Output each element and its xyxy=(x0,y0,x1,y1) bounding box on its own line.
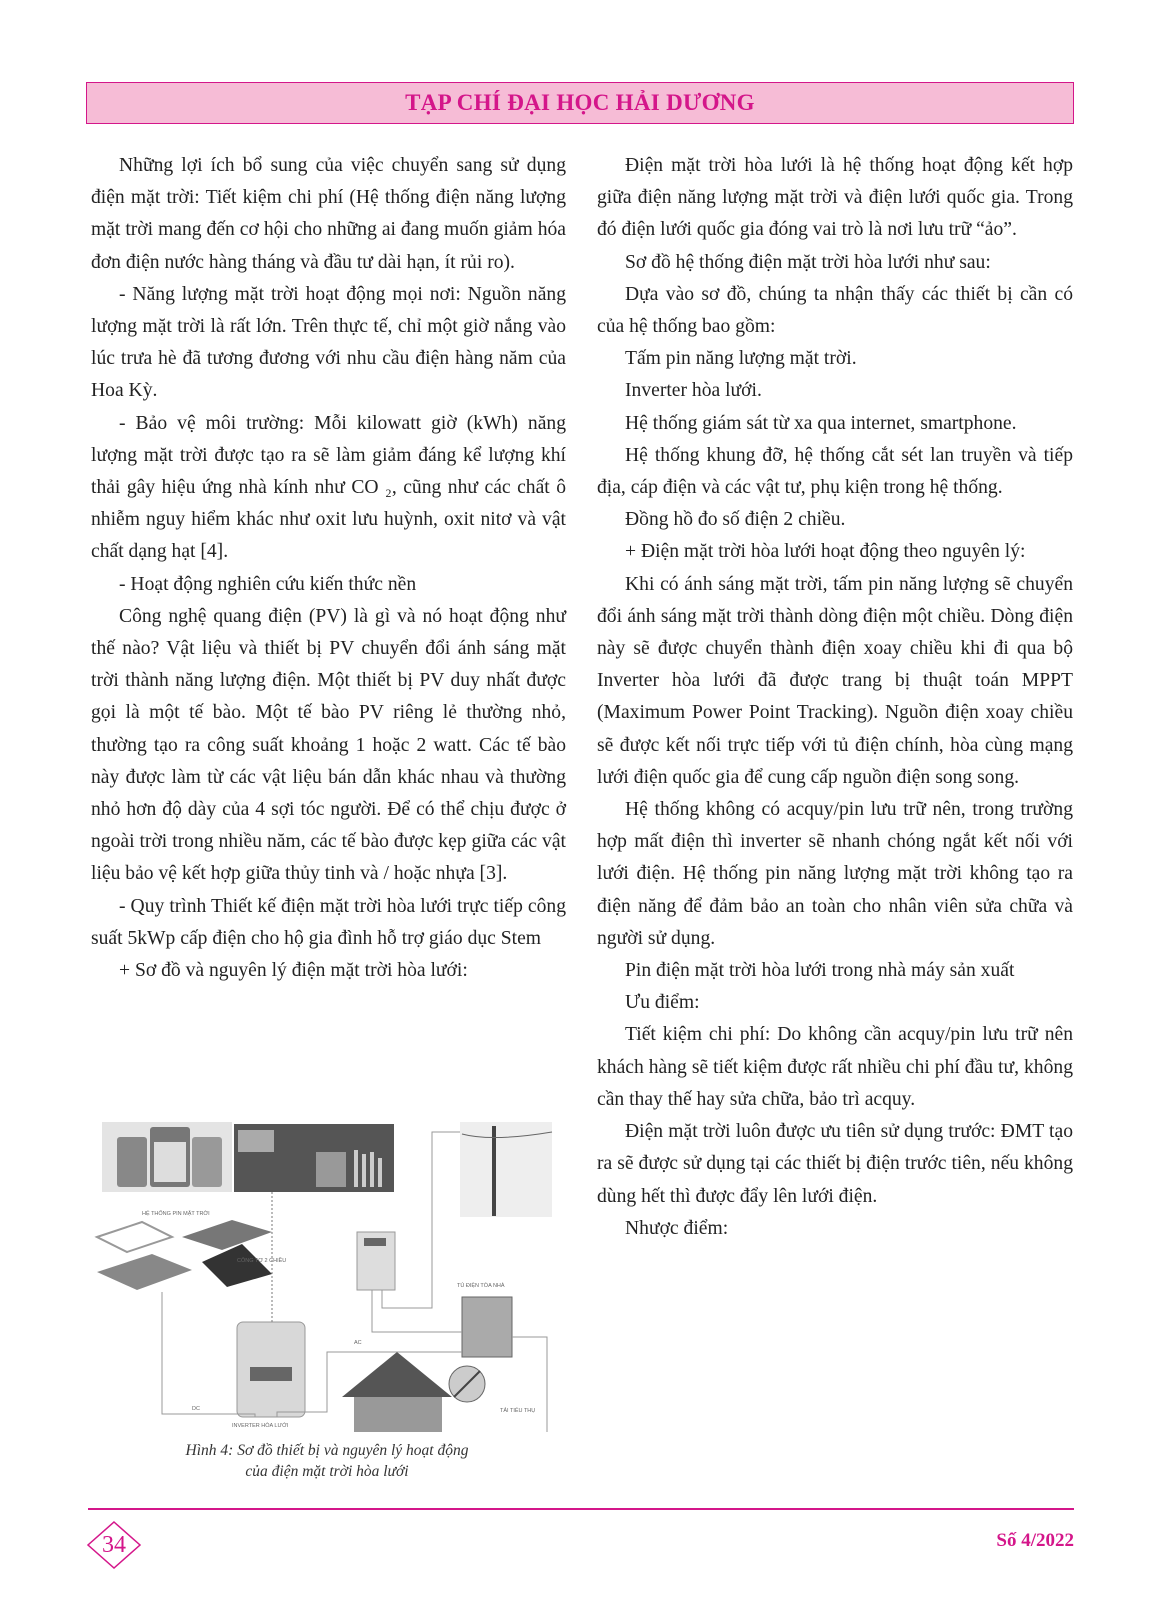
paragraph: Khi có ánh sáng mặt trời, tấm pin năng l… xyxy=(597,569,1073,794)
right-column: Điện mặt trời hòa lưới là hệ thống hoạt … xyxy=(597,150,1073,1245)
svg-text:DC: DC xyxy=(192,1406,200,1412)
paragraph: Điện mặt trời hòa lưới là hệ thống hoạt … xyxy=(597,150,1073,247)
paragraph: Sơ đồ hệ thống điện mặt trời hòa lưới nh… xyxy=(597,247,1073,279)
paragraph: Điện mặt trời luôn được ưu tiên sử dụng … xyxy=(597,1116,1073,1213)
grid-tied-solar-diagram: HỆ THỐNG PIN MẶT TRỜI CÔNG TƠ 2 CHIỀU TỦ… xyxy=(92,1112,559,1432)
svg-text:AC: AC xyxy=(354,1340,362,1346)
paragraph: Công nghệ quang điện (PV) là gì và nó ho… xyxy=(91,601,566,891)
paragraph: - Quy trình Thiết kế điện mặt trời hòa l… xyxy=(91,891,566,955)
paragraph: + Điện mặt trời hòa lưới hoạt động theo … xyxy=(597,536,1073,568)
paragraph: Hệ thống không có acquy/pin lưu trữ nên,… xyxy=(597,794,1073,955)
paragraph: Hệ thống khung đỡ, hệ thống cắt sét lan … xyxy=(597,440,1073,504)
figure-caption: Hình 4: Sơ đồ thiết bị và nguyên lý hoạt… xyxy=(92,1440,562,1482)
paragraph: - Bảo vệ môi trường: Mỗi kilowatt giờ (k… xyxy=(91,408,566,569)
left-column: Những lợi ích bổ sung của việc chuyển sa… xyxy=(91,150,566,987)
journal-header-bar: TẠP CHÍ ĐẠI HỌC HẢI DƯƠNG xyxy=(86,82,1074,124)
distribution-cabinet-image xyxy=(462,1297,512,1357)
paragraph: Tiết kiệm chi phí: Do không cần acquy/pi… xyxy=(597,1019,1073,1116)
svg-text:TẢI TIÊU THỤ: TẢI TIÊU THỤ xyxy=(500,1406,535,1414)
journal-title: TẠP CHÍ ĐẠI HỌC HẢI DƯƠNG xyxy=(405,90,755,116)
paragraph: Đồng hồ đo số điện 2 chiều. xyxy=(597,504,1073,536)
svg-text:HỆ THỐNG PIN MẶT TRỜI: HỆ THỐNG PIN MẶT TRỜI xyxy=(142,1209,210,1217)
page-number: 34 xyxy=(86,1521,142,1569)
page-number-badge: 34 xyxy=(86,1521,142,1569)
paragraph: - Hoạt động nghiên cứu kiến thức nền xyxy=(91,569,566,601)
paragraph: Những lợi ích bổ sung của việc chuyển sa… xyxy=(91,150,566,279)
paragraph: + Sơ đồ và nguyên lý điện mặt trời hòa l… xyxy=(91,955,566,987)
svg-text:TỦ ĐIỆN TÒA NHÀ: TỦ ĐIỆN TÒA NHÀ xyxy=(457,1281,505,1289)
figure-caption-line-1: Hình 4: Sơ đồ thiết bị và nguyên lý hoạt… xyxy=(92,1440,562,1461)
paragraph: Pin điện mặt trời hòa lưới trong nhà máy… xyxy=(597,955,1073,987)
paragraph: Ưu điểm: xyxy=(597,987,1073,1019)
issue-number: Số 4/2022 xyxy=(996,1530,1074,1552)
svg-text:CÔNG TƠ 2 CHIỀU: CÔNG TƠ 2 CHIỀU xyxy=(237,1257,286,1264)
paragraph: Dựa vào sơ đồ, chúng ta nhận thấy các th… xyxy=(597,279,1073,343)
footer-divider xyxy=(88,1508,1074,1510)
paragraph: - Năng lượng mặt trời hoạt động mọi nơi:… xyxy=(91,279,566,408)
paragraph: Tấm pin năng lượng mặt trời. xyxy=(597,343,1073,375)
figure-caption-line-2: của điện mặt trời hòa lưới xyxy=(92,1461,562,1482)
house-icon xyxy=(342,1352,452,1397)
paragraph: Inverter hòa lưới. xyxy=(597,375,1073,407)
svg-text:INVERTER HÒA LƯỚI: INVERTER HÒA LƯỚI xyxy=(232,1422,289,1429)
paragraph: Hệ thống giám sát từ xa qua internet, sm… xyxy=(597,408,1073,440)
paragraph: Nhược điểm: xyxy=(597,1213,1073,1245)
